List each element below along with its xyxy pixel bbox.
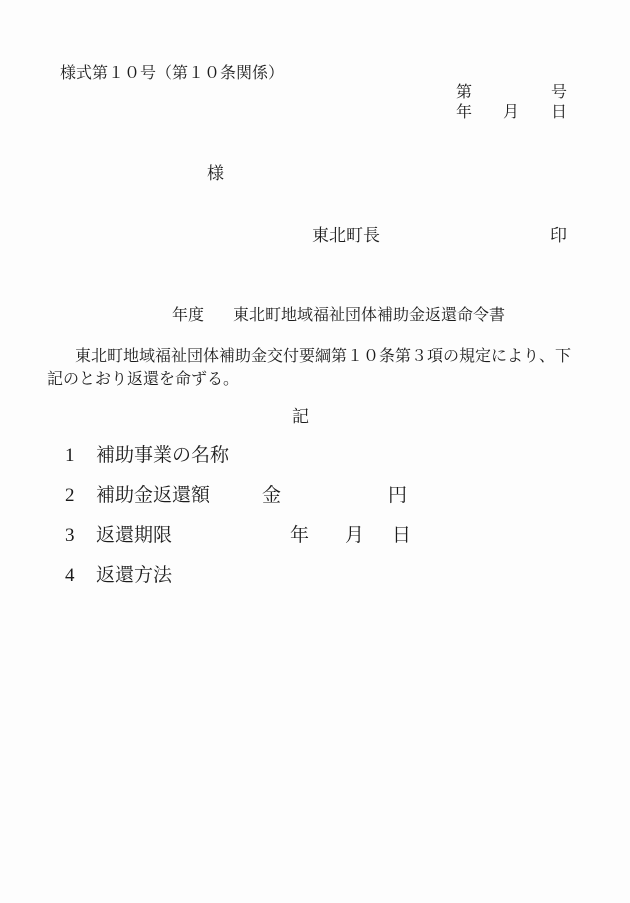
- addressee-honorific: 様: [207, 164, 224, 184]
- item-2-amount-suffix: 円: [388, 485, 407, 508]
- form-number: 様式第１０号（第１０条関係）: [60, 64, 284, 83]
- item-3-year-label: 年: [290, 525, 309, 548]
- document-page: 様式第１０号（第１０条関係） 第 号 年 月 日 様 東北町長 印 年度東北町地…: [0, 0, 630, 903]
- seal-mark: 印: [550, 226, 567, 246]
- item-1-number: 1: [65, 445, 75, 468]
- item-3-day-label: 日: [392, 525, 411, 548]
- date-day-label: 日: [551, 103, 567, 122]
- body-line-2: 記のとおり返還を命ずる。: [47, 370, 239, 389]
- date-year-label: 年: [456, 103, 472, 122]
- record-marker: 記: [292, 407, 309, 427]
- item-2-amount-prefix: 金: [262, 485, 281, 508]
- item-3-label: 返還期限: [96, 525, 172, 548]
- date-month-label: 月: [503, 103, 519, 122]
- item-1-label: 補助事業の名称: [96, 445, 229, 468]
- title-name: 東北町地域福祉団体補助金返還命令書: [233, 307, 505, 324]
- item-3-month-label: 月: [345, 525, 364, 548]
- item-4-label: 返還方法: [96, 565, 172, 588]
- item-2-label: 補助金返還額: [96, 485, 210, 508]
- doc-number-suffix: 号: [551, 83, 567, 102]
- title-year-label: 年度: [172, 307, 204, 324]
- item-3-number: 3: [65, 525, 75, 548]
- document-title: 年度東北町地域福祉団体補助金返還命令書: [156, 287, 505, 345]
- sender-name: 東北町長: [312, 226, 380, 246]
- doc-number-prefix: 第: [456, 83, 472, 102]
- item-2-number: 2: [65, 485, 75, 508]
- body-line-1: 東北町地域福祉団体補助金交付要綱第１０条第３項の規定により、下: [75, 347, 571, 366]
- item-4-number: 4: [65, 565, 75, 588]
